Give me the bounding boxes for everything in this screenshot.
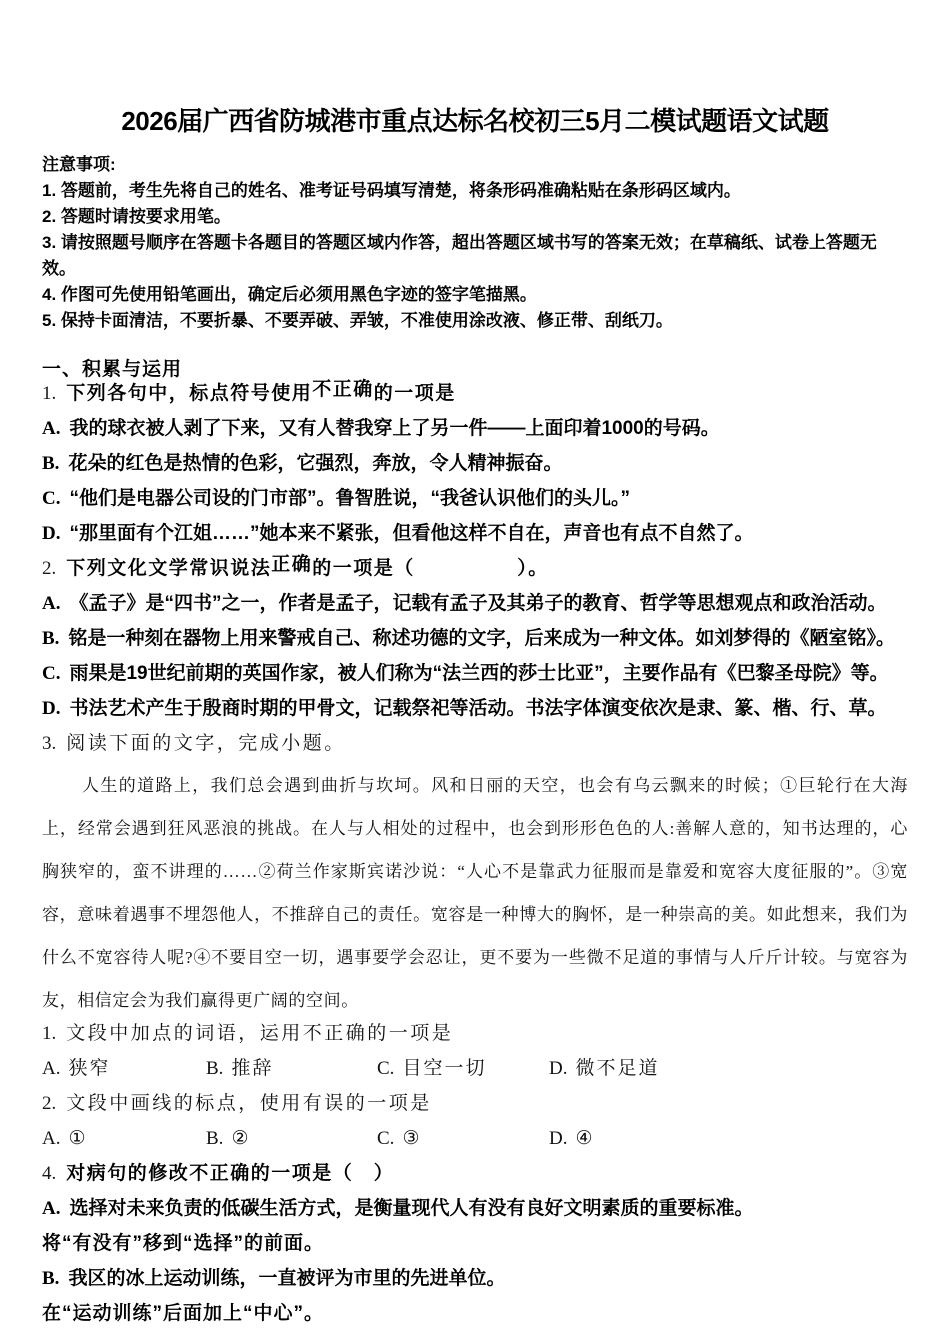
option-text: ③: [402, 1128, 421, 1149]
sub-option-a: A.①: [42, 1127, 206, 1151]
question-3-stem-text: 阅读下面的文字，完成小题。: [66, 733, 346, 754]
question-4-number: 4.: [42, 1163, 56, 1184]
sub-option-b: B.②: [206, 1127, 377, 1151]
option-letter: A.: [42, 1198, 60, 1219]
option-letter: C.: [377, 1058, 394, 1079]
question-3-stem: 3.阅读下面的文字，完成小题。: [42, 732, 908, 756]
option-text: 铭是一种刻在器物上用来警戒自己、称述功德的文字，后来成为一种文体。如刘梦得的《陋…: [68, 628, 895, 649]
option-letter: D.: [42, 698, 60, 719]
notice-item-4: 4. 作图可先使用铅笔画出，确定后必须用黑色字迹的签字笔描黑。: [42, 282, 908, 308]
question-4-option-b-fix: 在“运动训练”后面加上“中心”。: [42, 1302, 908, 1326]
question-3-number: 3.: [42, 733, 56, 754]
option-letter: B.: [206, 1128, 223, 1149]
question-4-option-a: A.选择对未来负责的低碳生活方式，是衡量现代人有没有良好文明素质的重要标准。: [42, 1197, 908, 1221]
question-1-option-a: A.我的球衣被人剥了下来，又有人替我穿上了另一件——上面印着1000的号码。: [42, 417, 908, 441]
option-letter: C.: [377, 1128, 394, 1149]
option-text: 微不足道: [575, 1058, 659, 1079]
reading-passage: 人生的道路上，我们总会遇到曲折与坎坷。风和日丽的天空，也会有乌云飘来的时候；①巨…: [42, 764, 908, 1022]
question-2-stem-pre: 下列文化文学常识说法: [66, 558, 271, 579]
question-1-stem-emphasis: 不正确: [312, 379, 374, 400]
sub-option-d: D.微不足道: [549, 1057, 908, 1081]
option-text: “他们是电器公司设的门市部”。鲁智胜说，“我爸认识他们的头儿。”: [69, 488, 630, 509]
option-text: ①: [68, 1128, 87, 1149]
sub-option-c: C.③: [377, 1127, 549, 1151]
page-title: 2026届广西省防城港市重点达标名校初三5月二模试题语文试题: [42, 104, 908, 138]
option-letter: D.: [42, 523, 60, 544]
option-text: 我的球衣被人剥了下来，又有人替我穿上了另一件——上面印着1000的号码。: [69, 418, 719, 439]
option-text: ②: [231, 1128, 250, 1149]
option-letter: D.: [549, 1058, 567, 1079]
option-text: 书法艺术产生于殷商时期的甲骨文，记载祭祀等活动。书法字体演变依次是隶、篆、楷、行…: [69, 698, 886, 719]
question-4-option-a-fix: 将“有没有”移到“选择”的前面。: [42, 1232, 908, 1256]
sub-option-b: B.推辞: [206, 1057, 377, 1081]
option-letter: C.: [42, 663, 60, 684]
sub-question-stem-text: 文段中画线的标点，使用有误的一项是: [66, 1093, 432, 1114]
notice-item-2: 2. 答题时请按要求用笔。: [42, 204, 908, 230]
option-letter: B.: [206, 1058, 223, 1079]
question-2-number: 2.: [42, 558, 56, 579]
sub-question-number: 2.: [42, 1093, 56, 1114]
question-1-option-b: B.花朵的红色是热情的色彩，它强烈，奔放，令人精神振奋。: [42, 452, 908, 476]
sub-question-number: 1.: [42, 1023, 56, 1044]
question-2-stem: 2.下列文化文学常识说法正确的一项是（ ）。: [42, 557, 908, 581]
option-text: 推辞: [231, 1058, 273, 1079]
option-text: ④: [575, 1128, 594, 1149]
question-4-option-b: B.我区的冰上运动训练，一直被评为市里的先进单位。: [42, 1267, 908, 1291]
option-text: 选择对未来负责的低碳生活方式，是衡量现代人有没有良好文明素质的重要标准。: [69, 1198, 753, 1219]
sub-option-c: C.目空一切: [377, 1057, 549, 1081]
option-letter: B.: [42, 1268, 59, 1289]
question-3-sub-2-options: A.① B.② C.③ D.④: [42, 1127, 908, 1151]
exam-paper-page: 2026届广西省防城港市重点达标名校初三5月二模试题语文试题 注意事项: 1. …: [0, 0, 950, 1344]
option-text: 目空一切: [402, 1058, 486, 1079]
notice-item-1: 1. 答题前，考生先将自己的姓名、准考证号码填写清楚，将条形码准确粘贴在条形码区…: [42, 178, 908, 204]
option-letter: B.: [42, 453, 59, 474]
sub-option-d: D.④: [549, 1127, 908, 1151]
question-1-option-d: D.“那里面有个江姐……”她本来不紧张，但看他这样不自在，声音也有点不自然了。: [42, 522, 908, 546]
option-letter: A.: [42, 418, 60, 439]
notice-item-5: 5. 保持卡面清洁，不要折暴、不要弄破、弄皱，不准使用涂改液、修正带、刮纸刀。: [42, 308, 908, 334]
question-1-number: 1.: [42, 383, 56, 404]
section-heading: 一、积累与运用: [42, 358, 908, 382]
sub-question-stem-text: 文段中加点的词语，运用不正确的一项是: [66, 1023, 453, 1044]
option-letter: B.: [42, 628, 59, 649]
option-text: 花朵的红色是热情的色彩，它强烈，奔放，令人精神振奋。: [68, 453, 562, 474]
notice-section: 注意事项: 1. 答题前，考生先将自己的姓名、准考证号码填写清楚，将条形码准确粘…: [42, 152, 908, 334]
question-3-sub-1-options: A.狭窄 B.推辞 C.目空一切 D.微不足道: [42, 1057, 908, 1081]
question-2-stem-post: 的一项是（ ）。: [312, 558, 549, 579]
question-3-sub-2-stem: 2.文段中画线的标点，使用有误的一项是: [42, 1092, 908, 1116]
question-1-stem-pre: 下列各句中，标点符号使用: [66, 383, 312, 404]
option-text: 我区的冰上运动训练，一直被评为市里的先进单位。: [68, 1268, 505, 1289]
option-letter: A.: [42, 1058, 60, 1079]
option-letter: A.: [42, 1128, 60, 1149]
question-2-option-b: B.铭是一种刻在器物上用来警戒自己、称述功德的文字，后来成为一种文体。如刘梦得的…: [42, 627, 908, 651]
question-1-option-c: C.“他们是电器公司设的门市部”。鲁智胜说，“我爸认识他们的头儿。”: [42, 487, 908, 511]
question-4-stem: 4.对病句的修改不正确的一项是（ ）: [42, 1162, 908, 1186]
question-4-stem-text: 对病句的修改不正确的一项是（ ）: [66, 1163, 394, 1184]
question-1-stem: 1.下列各句中，标点符号使用不正确的一项是: [42, 382, 908, 406]
option-text: “那里面有个江姐……”她本来不紧张，但看他这样不自在，声音也有点不自然了。: [69, 523, 753, 544]
question-1-stem-post: 的一项是: [374, 383, 456, 404]
option-letter: D.: [549, 1128, 567, 1149]
question-2-option-c: C.雨果是19世纪前期的英国作家，被人们称为“法兰西的莎士比亚”，主要作品有《巴…: [42, 662, 908, 686]
question-2-option-d: D.书法艺术产生于殷商时期的甲骨文，记载祭祀等活动。书法字体演变依次是隶、篆、楷…: [42, 697, 908, 721]
option-letter: A.: [42, 593, 60, 614]
question-2-option-a: A.《孟子》是“四书”之一，作者是孟子，记载有孟子及其弟子的教育、哲学等思想观点…: [42, 592, 908, 616]
option-letter: C.: [42, 488, 60, 509]
option-text: 《孟子》是“四书”之一，作者是孟子，记载有孟子及其弟子的教育、哲学等思想观点和政…: [69, 593, 886, 614]
option-text: 雨果是19世纪前期的英国作家，被人们称为“法兰西的莎士比亚”，主要作品有《巴黎圣…: [69, 663, 888, 684]
question-2-stem-emphasis: 正确: [271, 554, 312, 575]
question-3-sub-1-stem: 1.文段中加点的词语，运用不正确的一项是: [42, 1022, 908, 1046]
notice-item-3: 3. 请按照题号顺序在答题卡各题目的答题区域内作答，超出答题区域书写的答案无效；…: [42, 230, 908, 282]
sub-option-a: A.狭窄: [42, 1057, 206, 1081]
notice-heading: 注意事项:: [42, 152, 908, 178]
option-text: 狭窄: [68, 1058, 110, 1079]
